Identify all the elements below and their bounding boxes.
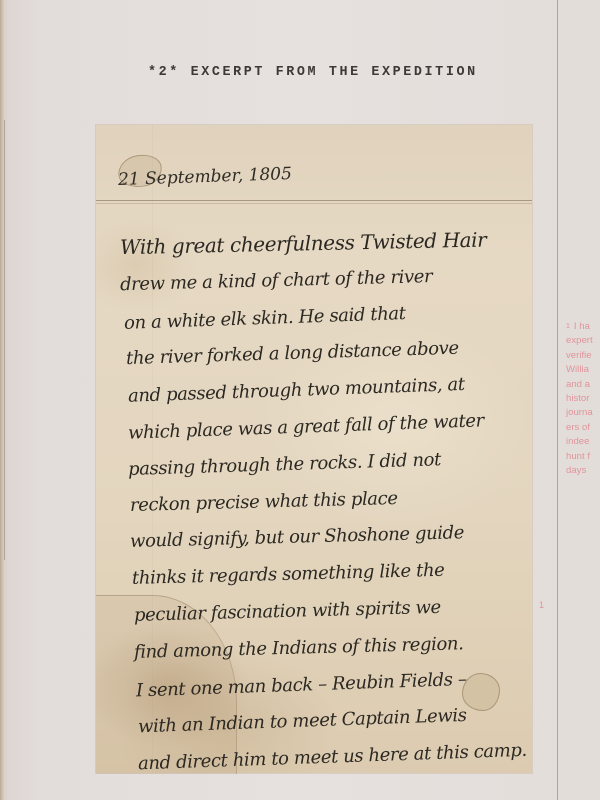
sidenote-line: histor xyxy=(566,392,600,406)
sidenote-line: 1I ha xyxy=(566,320,600,334)
journal-body: With great cheerfulness Twisted Hair dre… xyxy=(120,225,520,777)
sidenote-line: ers of xyxy=(566,421,600,435)
sidenote-line: verifie xyxy=(566,349,600,363)
sidenote-line: journa xyxy=(566,406,600,420)
caption-marker: *2* xyxy=(148,65,180,80)
sidenote: 1I ha expert verifie Willia and a histor… xyxy=(566,320,600,478)
sidenote-line: and a xyxy=(566,378,600,392)
sidenote-line: Willia xyxy=(566,363,600,377)
handwritten-journal-page: 21 September, 1805 With great cheerfulne… xyxy=(96,125,532,773)
caption-line-1: *2* EXCERPT FROM THE EXPEDITION xyxy=(148,62,478,84)
sidenote-number: 1 xyxy=(566,323,570,330)
book-gutter-line xyxy=(4,120,5,560)
margin-rule xyxy=(557,0,558,800)
book-page-stack-edge xyxy=(0,0,6,800)
sidenote-line: days xyxy=(566,464,600,478)
header-rule-faint xyxy=(96,203,532,204)
sidenote-line: indee xyxy=(566,435,600,449)
header-rule xyxy=(96,200,532,201)
sidenote-line: hunt f xyxy=(566,450,600,464)
sidenote-line: expert xyxy=(566,334,600,348)
footnote-marker: 1 xyxy=(539,600,544,610)
